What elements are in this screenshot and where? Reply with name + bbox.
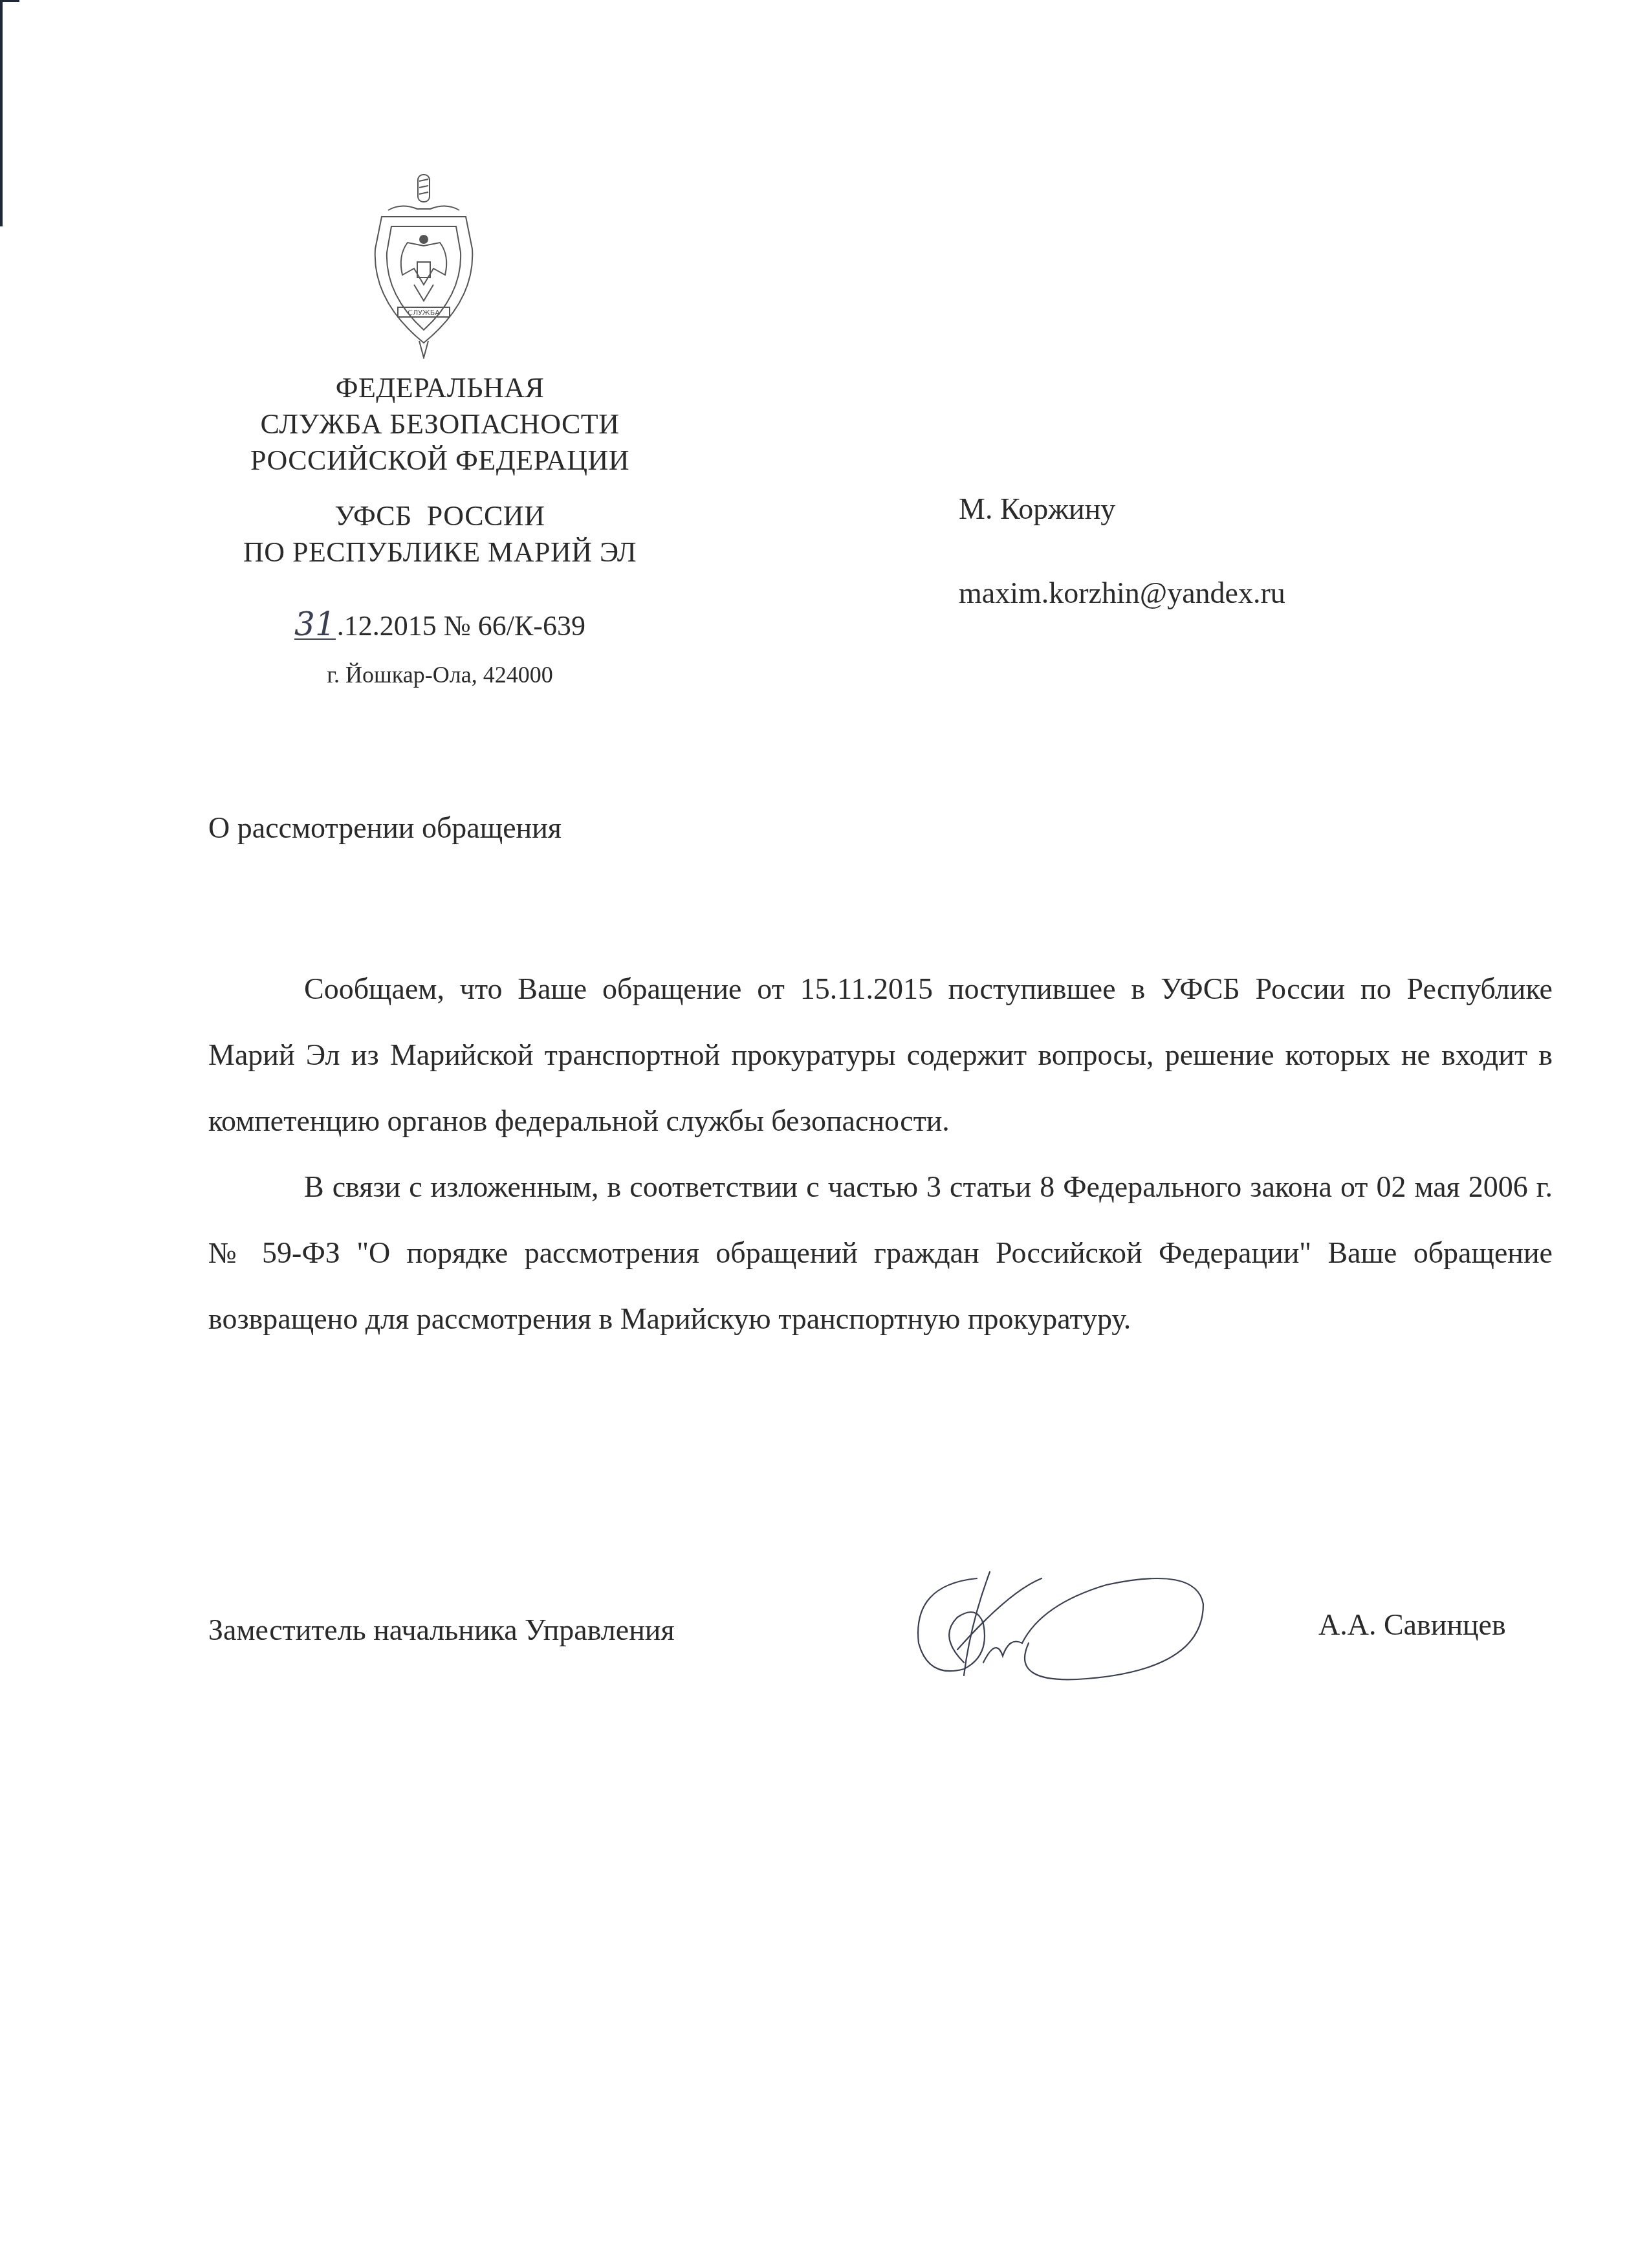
letter-body: Сообщаем, что Ваше обращение от 15.11.20… (208, 956, 1553, 1352)
dept-line-2: ПО РЕСПУБЛИКЕ МАРИЙ ЭЛ (194, 534, 686, 571)
org-line-1: ФЕДЕРАЛЬНАЯ (194, 370, 686, 406)
recipient-name: М. Коржину (959, 492, 1115, 526)
city-address: г. Йошкар-Ола, 424000 (194, 661, 686, 688)
letter-subject: О рассмотрении обращения (208, 811, 562, 845)
scan-edge-left (0, 0, 3, 226)
dept-line-1: УФСБ РОССИИ (194, 498, 686, 534)
signatory-title: Заместитель начальника Управления (208, 1613, 675, 1647)
body-paragraph-1: Сообщаем, что Ваше обращение от 15.11.20… (208, 956, 1553, 1154)
org-line-3: РОССИЙСКОЙ ФЕДЕРАЦИИ (194, 442, 686, 479)
handwritten-date-day: 31 (294, 610, 336, 640)
body-paragraph-2: В связи с изложенным, в соответствии с ч… (208, 1154, 1553, 1352)
handwritten-signature-icon (893, 1565, 1229, 1688)
fsb-emblem-icon: СЛУЖБА (362, 171, 485, 359)
signatory-name: А.А. Савинцев (1318, 1608, 1506, 1642)
registration-number: .12.2015 № 66/К-639 (337, 610, 585, 642)
org-name: ФЕДЕРАЛЬНАЯ СЛУЖБА БЕЗОПАСНОСТИ РОССИЙСК… (194, 370, 686, 479)
recipient-email: maxim.korzhin@yandex.ru (959, 576, 1285, 610)
scan-edge-top (0, 0, 19, 2)
org-line-2: СЛУЖБА БЕЗОПАСНОСТИ (194, 406, 686, 442)
svg-text:СЛУЖБА: СЛУЖБА (408, 309, 440, 317)
registration-line: 31.12.2015 № 66/К-639 (194, 608, 686, 644)
department-name: УФСБ РОССИИ ПО РЕСПУБЛИКЕ МАРИЙ ЭЛ (194, 498, 686, 571)
